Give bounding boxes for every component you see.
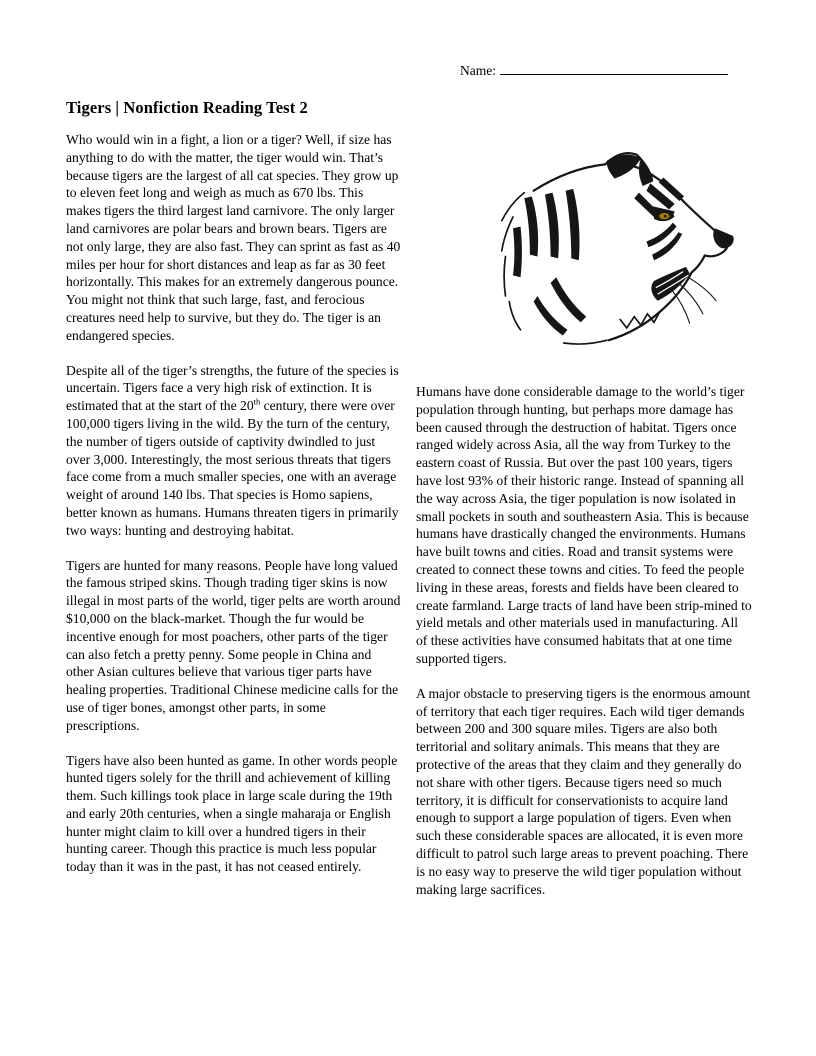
name-line: Name: — [460, 60, 728, 79]
document-page: Name: Tigers | Nonfiction Reading Test 2… — [0, 0, 816, 1056]
paragraph-1: Who would win in a fight, a lion or a ti… — [66, 131, 401, 345]
tiger-head-sketch-icon — [466, 135, 748, 363]
left-column: Who would win in a fight, a lion or a ti… — [66, 131, 401, 915]
paragraph-2: Despite all of the tiger’s strengths, th… — [66, 362, 401, 540]
paragraph-6: A major obstacle to preserving tigers is… — [416, 685, 752, 899]
paragraph-3: Tigers are hunted for many reasons. Peop… — [66, 557, 401, 735]
two-column-body: Who would win in a fight, a lion or a ti… — [66, 131, 752, 915]
name-blank-line — [500, 60, 728, 75]
paragraph-4: Tigers have also been hunted as game. In… — [66, 752, 401, 877]
right-column: Humans have done considerable damage to … — [416, 131, 752, 915]
page-title: Tigers | Nonfiction Reading Test 2 — [66, 98, 752, 118]
name-label: Name: — [460, 63, 496, 78]
tiger-illustration — [416, 131, 752, 383]
paragraph-5: Humans have done considerable damage to … — [416, 383, 752, 668]
paragraph-2-text-cont: century, there were over 100,000 tigers … — [66, 398, 399, 538]
